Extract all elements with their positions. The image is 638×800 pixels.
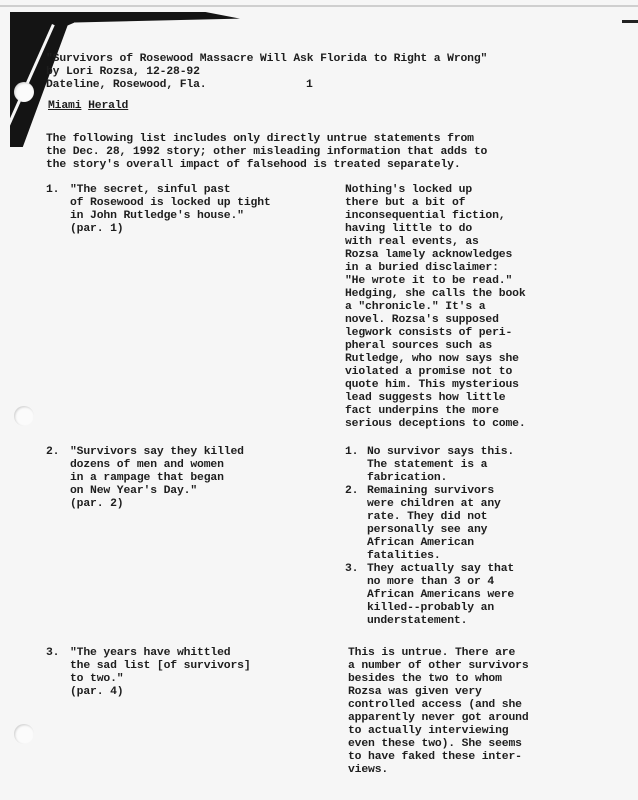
- response-line: fact underpins the more: [345, 405, 526, 418]
- response-line: having little to do: [345, 223, 526, 236]
- page-number: 1: [306, 79, 313, 92]
- response-line: African American: [345, 537, 514, 550]
- response-line: fatalities.: [345, 550, 514, 563]
- publication-word-2: Herald: [88, 100, 128, 112]
- response-line: "He wrote it to be read.": [345, 275, 526, 288]
- punch-hole-top: [14, 82, 34, 102]
- response-point: 3.They actually say that: [345, 563, 514, 576]
- response-line: a number of other survivors: [348, 660, 529, 673]
- quote-line: dozens of men and women: [46, 459, 244, 472]
- item-number: 1.: [46, 184, 70, 197]
- publication-word-1: Miami: [48, 100, 81, 112]
- response-point: 1.No survivor says this.: [345, 446, 514, 459]
- response-line: personally see any: [345, 524, 514, 537]
- response-line: were children at any: [345, 498, 514, 511]
- item-2-response: 1.No survivor says this. The statement i…: [345, 446, 514, 628]
- item-1-response: Nothing's locked up there but a bit of i…: [345, 184, 526, 431]
- response-line: killed--probably an: [345, 602, 514, 615]
- quote-line: 2."Survivors say they killed: [46, 446, 244, 459]
- item-3-quote: 3."The years have whittled the sad list …: [46, 647, 251, 699]
- response-line: quote him. This mysterious: [345, 379, 526, 392]
- response-point: 2.Remaining survivors: [345, 485, 514, 498]
- response-line: Rutledge, who now says she: [345, 353, 526, 366]
- response-line: novel. Rozsa's supposed: [345, 314, 526, 327]
- response-line: views.: [348, 764, 529, 777]
- response-line: lead suggests how little: [345, 392, 526, 405]
- scan-mark: [622, 20, 638, 23]
- response-line: in a buried disclaimer:: [345, 262, 526, 275]
- response-line: pheral sources such as: [345, 340, 526, 353]
- item-1-quote: 1."The secret, sinful past of Rosewood i…: [46, 184, 271, 236]
- paragraph-ref: (par. 2): [46, 498, 244, 511]
- scan-edge: [0, 5, 638, 7]
- quote-line: 3."The years have whittled: [46, 647, 251, 660]
- response-line: The statement is a: [345, 459, 514, 472]
- quote-line: in a rampage that began: [46, 472, 244, 485]
- response-line: Hedging, she calls the book: [345, 288, 526, 301]
- response-line: This is untrue. There are: [348, 647, 529, 660]
- response-line: to have faked these inter-: [348, 751, 529, 764]
- response-line: a "chronicle." It's a: [345, 301, 526, 314]
- item-number: 2.: [46, 446, 70, 459]
- quote-line: in John Rutledge's house.": [46, 210, 271, 223]
- article-dateline: Dateline, Rosewood, Fla.: [46, 79, 206, 92]
- response-line: fabrication.: [345, 472, 514, 485]
- punch-hole-bottom: [14, 724, 34, 744]
- scanned-page: "Survivors of Rosewood Massacre Will Ask…: [0, 0, 638, 800]
- response-line: with real events, as: [345, 236, 526, 249]
- item-3-response: This is untrue. There are a number of ot…: [348, 647, 529, 777]
- response-line: rate. They did not: [345, 511, 514, 524]
- response-line: violated a promise not to: [345, 366, 526, 379]
- response-line: legwork consists of peri-: [345, 327, 526, 340]
- response-line: to actually interviewing: [348, 725, 529, 738]
- intro-line: The following list includes only directl…: [46, 133, 487, 146]
- item-number: 3.: [46, 647, 70, 660]
- publication-name: Miami Herald: [48, 100, 128, 113]
- response-line: apparently never got around: [348, 712, 529, 725]
- response-line: African Americans were: [345, 589, 514, 602]
- paragraph-ref: (par. 1): [46, 223, 271, 236]
- punch-hole-middle: [14, 406, 34, 426]
- response-line: serious deceptions to come.: [345, 418, 526, 431]
- response-line: no more than 3 or 4: [345, 576, 514, 589]
- intro-line: the story's overall impact of falsehood …: [46, 159, 487, 172]
- response-line: Rozsa was given very: [348, 686, 529, 699]
- quote-line: of Rosewood is locked up tight: [46, 197, 271, 210]
- article-byline: by Lori Rozsa, 12-28-92: [46, 66, 200, 79]
- response-line: there but a bit of: [345, 197, 526, 210]
- paragraph-ref: (par. 4): [46, 686, 251, 699]
- response-line: even these two). She seems: [348, 738, 529, 751]
- intro-paragraph: The following list includes only directl…: [46, 133, 487, 172]
- response-line: inconsequential fiction,: [345, 210, 526, 223]
- response-line: Nothing's locked up: [345, 184, 526, 197]
- article-title: "Survivors of Rosewood Massacre Will Ask…: [46, 53, 487, 66]
- response-line: Rozsa lamely acknowledges: [345, 249, 526, 262]
- quote-line: on New Year's Day.": [46, 485, 244, 498]
- intro-line: the Dec. 28, 1992 story; other misleadin…: [46, 146, 487, 159]
- response-line: besides the two to whom: [348, 673, 529, 686]
- quote-line: 1."The secret, sinful past: [46, 184, 271, 197]
- response-line: understatement.: [345, 615, 514, 628]
- item-2-quote: 2."Survivors say they killed dozens of m…: [46, 446, 244, 511]
- quote-line: the sad list [of survivors]: [46, 660, 251, 673]
- quote-line: to two.": [46, 673, 251, 686]
- response-line: controlled access (and she: [348, 699, 529, 712]
